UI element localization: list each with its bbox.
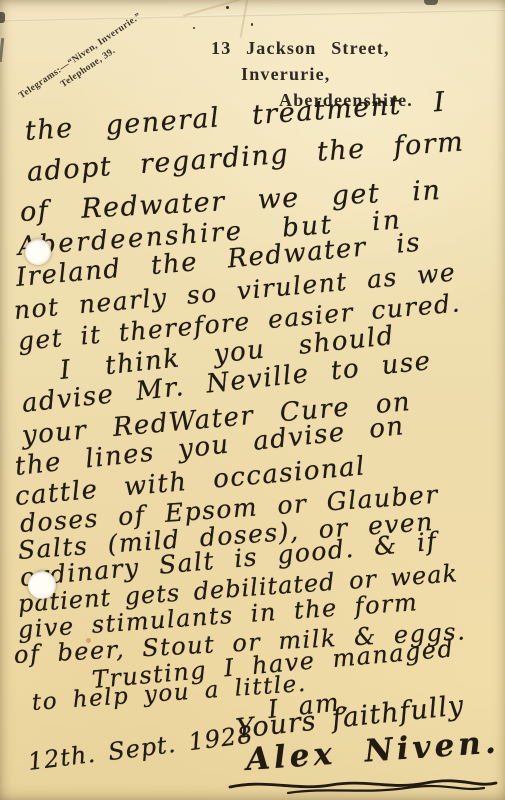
signature-flourish <box>226 777 500 795</box>
edge-tear <box>0 12 5 23</box>
ink-speck <box>193 27 195 29</box>
crease-line <box>0 9 505 22</box>
fold-mark <box>240 0 249 38</box>
punch-hole-top <box>25 239 51 265</box>
ink-speck <box>226 6 229 9</box>
punch-hole-bottom <box>28 571 56 599</box>
edge-tear <box>424 0 438 5</box>
telephone-line: Telephone, 39. <box>14 15 163 122</box>
date: 12th. Sept. 1928 <box>26 720 255 775</box>
address-line-1: 13 Jackson Street, <box>211 38 390 59</box>
diagonal-letterhead: Telegrams:—“Niven, Inverurie.” Telephone… <box>6 3 163 122</box>
address-line-2: Inverurie, <box>241 64 330 85</box>
letter-page: Telegrams:—“Niven, Inverurie.” Telephone… <box>0 0 505 800</box>
ink-speck <box>251 23 253 26</box>
edge-tear <box>0 38 4 62</box>
